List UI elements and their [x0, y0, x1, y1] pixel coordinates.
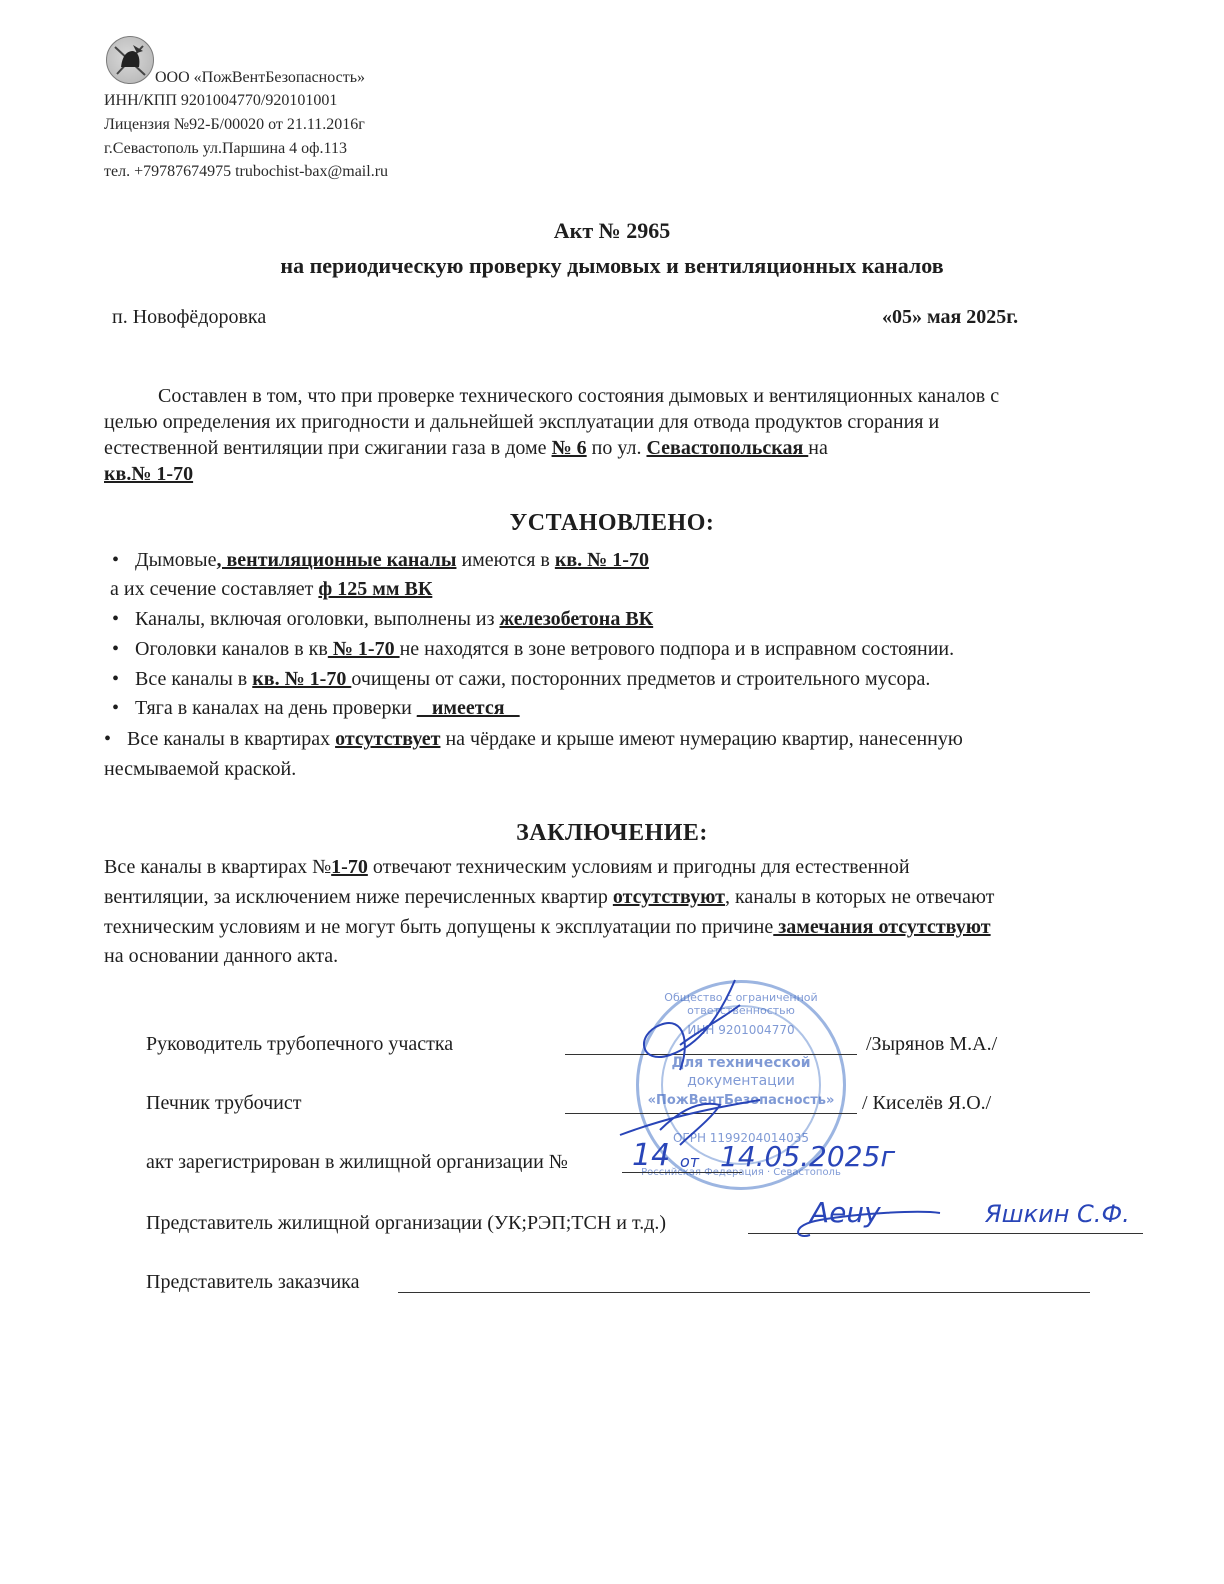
intro-line-3: естественной вентиляции при сжигании газ… [104, 434, 828, 462]
head-label: Руководитель трубопечного участка [146, 1030, 453, 1058]
housing-rep-signature-flourish [790, 1205, 950, 1245]
company-license: Лицензия №92-Б/00020 от 21.11.2016г [104, 113, 365, 137]
intro-line-2: целью определения их пригодности и дальн… [104, 408, 939, 436]
conclusion-heading: ЗАКЛЮЧЕНИЕ: [0, 820, 1224, 847]
act-date: «05» мая 2025г. [882, 303, 1018, 331]
established-heading: УСТАНОВЛЕНО: [0, 510, 1224, 537]
registration-label: акт зарегистрирован в жилищной организац… [146, 1148, 568, 1176]
established-item-6: Все каналы в квартирах отсутствует на чё… [104, 725, 963, 753]
company-logo-icon [106, 36, 154, 84]
customer-rep-label: Представитель заказчика [146, 1268, 359, 1296]
head-signature [630, 975, 760, 1085]
established-item-1: Дымовые, вентиляционные каналы имеются в… [112, 546, 649, 574]
established-item-6-cont: несмываемой краской. [104, 755, 296, 783]
registration-date: 14.05.2025г [720, 1140, 895, 1173]
customer-rep-signature-line [398, 1292, 1090, 1293]
intro-line-1: Составлен в том, что при проверке технич… [158, 382, 999, 410]
conclusion-line-1: Все каналы в квартирах №1-70 отвечают те… [104, 853, 910, 881]
conclusion-line-4: на основании данного акта. [104, 942, 338, 970]
company-contact: тел. +79787674975 trubochist-bax@mail.ru [104, 160, 388, 184]
established-item-2: Каналы, включая оголовки, выполнены из ж… [112, 605, 653, 633]
conclusion-line-2: вентиляции, за исключением ниже перечисл… [104, 883, 994, 911]
act-number: Акт № 2965 [0, 218, 1224, 244]
established-item-3: Оголовки каналов в кв № 1-70 не находятс… [112, 635, 954, 663]
intro-apartments: кв.№ 1-70 [104, 460, 193, 488]
company-inn-kpp: ИНН/КПП 9201004770/920101001 [104, 89, 337, 113]
house-number: № 6 [552, 437, 587, 459]
company-address: г.Севастополь ул.Паршина 4 оф.113 [104, 137, 347, 161]
chimney-sweep-label: Печник трубочист [146, 1089, 302, 1117]
company-name: ООО «ПожВентБезопасность» [155, 66, 365, 90]
registration-number: 14 [632, 1138, 670, 1173]
chimney-sweep-name: / Киселёв Я.О./ [862, 1089, 991, 1117]
head-name: /Зырянов М.А./ [866, 1030, 997, 1058]
housing-rep-name: Яшкин С.Ф. [985, 1200, 1130, 1228]
housing-rep-label: Представитель жилищной организации (УК;Р… [146, 1209, 666, 1237]
place: п. Новофёдоровка [112, 303, 266, 331]
registration-from: от [680, 1152, 699, 1171]
established-item-1-cont: а их сечение составляет ф 125 мм ВК [110, 575, 432, 603]
conclusion-line-3: техническим условиям и не могут быть доп… [104, 913, 991, 941]
street-name: Севастопольская [646, 437, 808, 459]
established-item-4: Все каналы в кв. № 1-70 очищены от сажи,… [112, 665, 930, 693]
established-item-5: Тяга в каналах на день проверки _ имеетс… [112, 694, 520, 722]
act-subtitle: на периодическую проверку дымовых и вент… [0, 253, 1224, 279]
